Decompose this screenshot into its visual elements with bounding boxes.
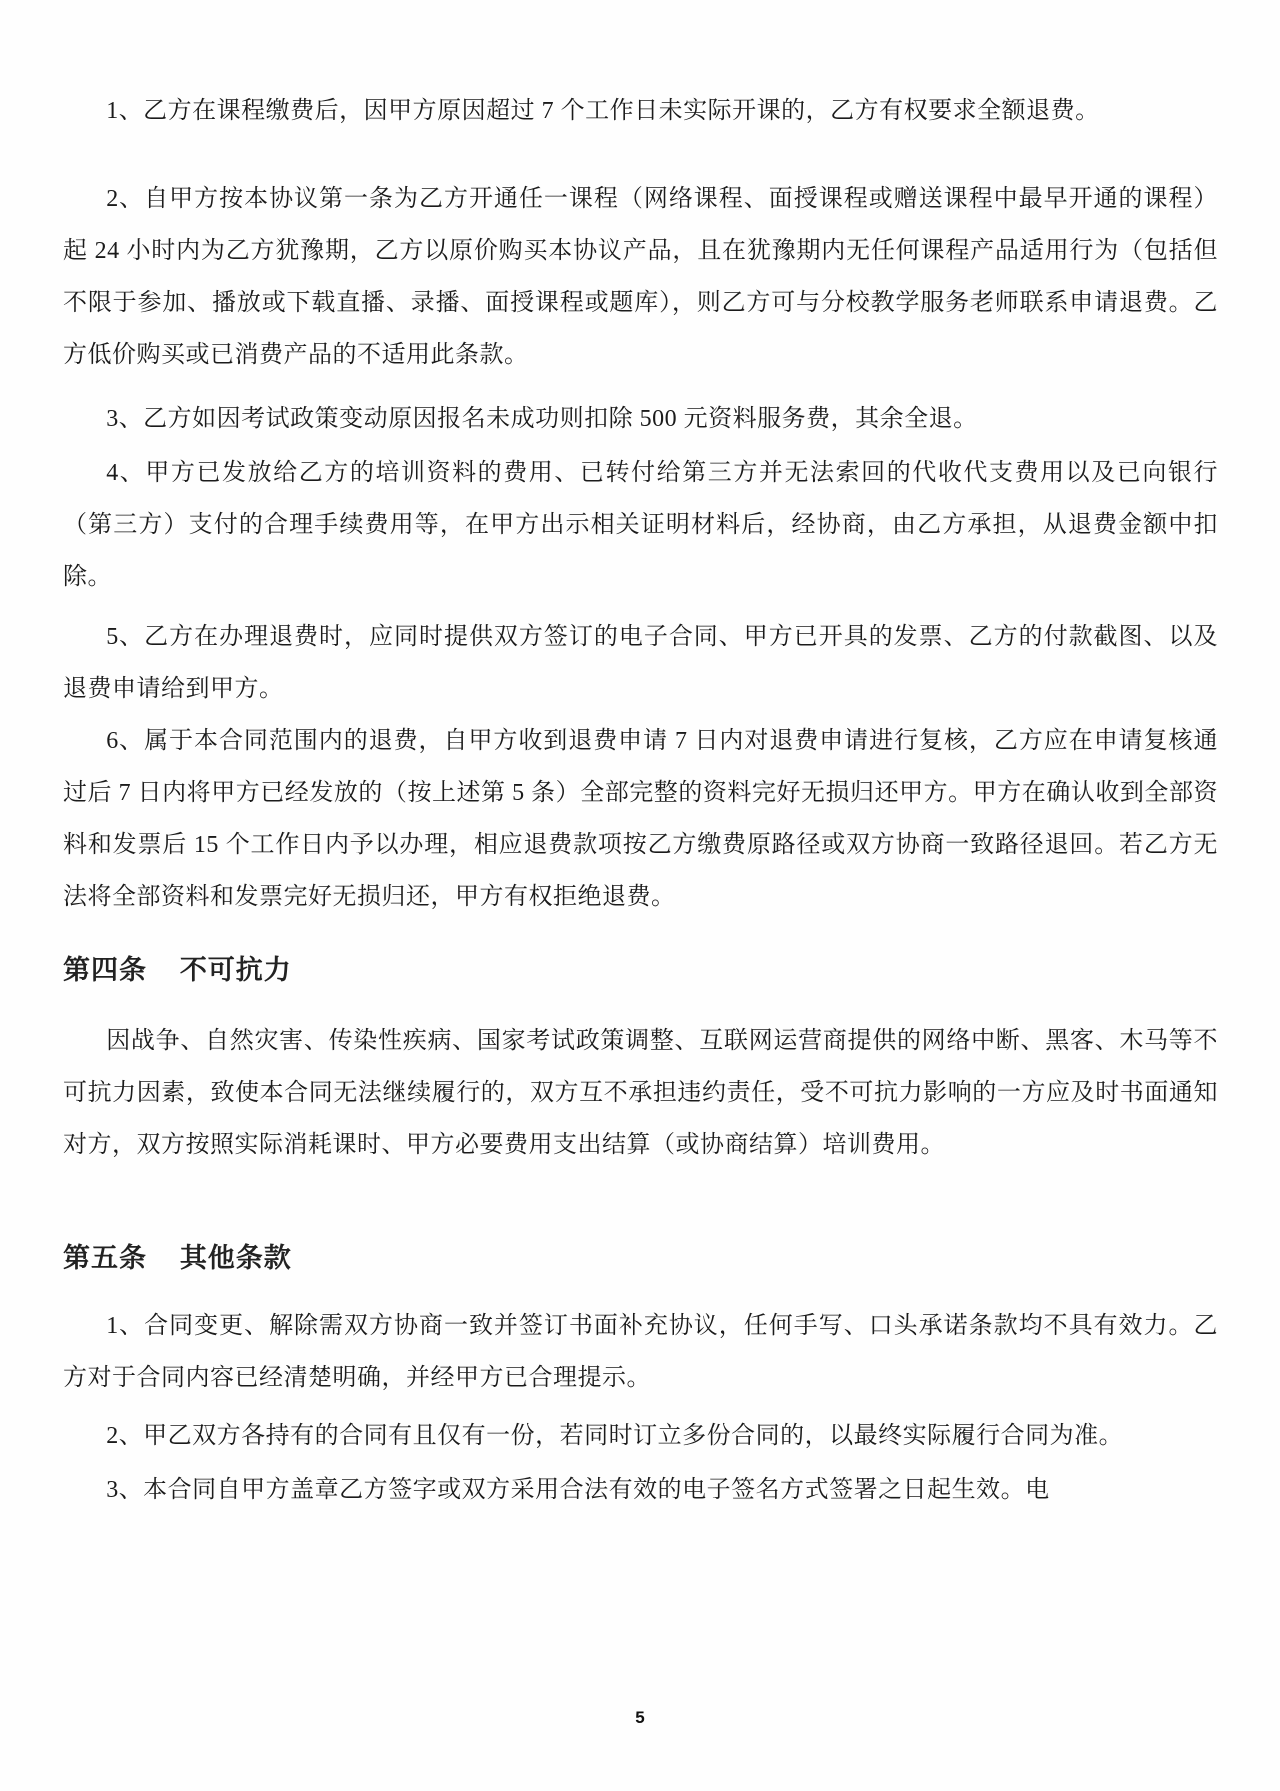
refund-clause-1: 1、乙方在课程缴费后，因甲方原因超过 7 个工作日未实际开课的，乙方有权要求全额… — [63, 85, 1218, 137]
article-5-section: 第五条 其他条款 1、合同变更、解除需双方协商一致并签订书面补充协议，任何手写、… — [63, 1239, 1218, 1516]
article-5-number: 第五条 — [63, 1243, 147, 1273]
refund-clause-6: 6、属于本合同范围内的退费，自甲方收到退费申请 7 日内对退费申请进行复核，乙方… — [63, 715, 1218, 923]
refund-clause-3: 3、乙方如因考试政策变动原因报名未成功则扣除 500 元资料服务费，其余全退。 — [63, 393, 1218, 445]
refund-clauses-section: 1、乙方在课程缴费后，因甲方原因超过 7 个工作日未实际开课的，乙方有权要求全额… — [63, 85, 1218, 923]
article-5-heading: 第五条 其他条款 — [63, 1239, 1218, 1277]
contract-page: 1、乙方在课程缴费后，因甲方原因超过 7 个工作日未实际开课的，乙方有权要求全额… — [0, 0, 1280, 1791]
article-4-section: 第四条 不可抗力 因战争、自然灾害、传染性疾病、国家考试政策调整、互联网运营商提… — [63, 951, 1218, 1171]
contract-body: 1、乙方在课程缴费后，因甲方原因超过 7 个工作日未实际开课的，乙方有权要求全额… — [63, 85, 1218, 1516]
page-number: 5 — [0, 1708, 1280, 1728]
refund-clause-4: 4、甲方已发放给乙方的培训资料的费用、已转付给第三方并无法索回的代收代支费用以及… — [63, 447, 1218, 603]
other-clause-3: 3、本合同自甲方盖章乙方签字或双方采用合法有效的电子签名方式签署之日起生效。电 — [63, 1464, 1218, 1516]
refund-clause-2: 2、自甲方按本协议第一条为乙方开通任一课程（网络课程、面授课程或赠送课程中最早开… — [63, 173, 1218, 381]
article-4-heading: 第四条 不可抗力 — [63, 951, 1218, 989]
article-4-number: 第四条 — [63, 955, 147, 985]
refund-clause-5: 5、乙方在办理退费时，应同时提供双方签订的电子合同、甲方已开具的发票、乙方的付款… — [63, 611, 1218, 715]
article-5-title: 其他条款 — [180, 1243, 292, 1273]
article-4-body: 因战争、自然灾害、传染性疾病、国家考试政策调整、互联网运营商提供的网络中断、黑客… — [63, 1015, 1218, 1171]
other-clause-2: 2、甲乙双方各持有的合同有且仅有一份，若同时订立多份合同的，以最终实际履行合同为… — [63, 1410, 1218, 1462]
article-4-title: 不可抗力 — [180, 955, 292, 985]
other-clause-1: 1、合同变更、解除需双方协商一致并签订书面补充协议，任何手写、口头承诺条款均不具… — [63, 1300, 1218, 1404]
